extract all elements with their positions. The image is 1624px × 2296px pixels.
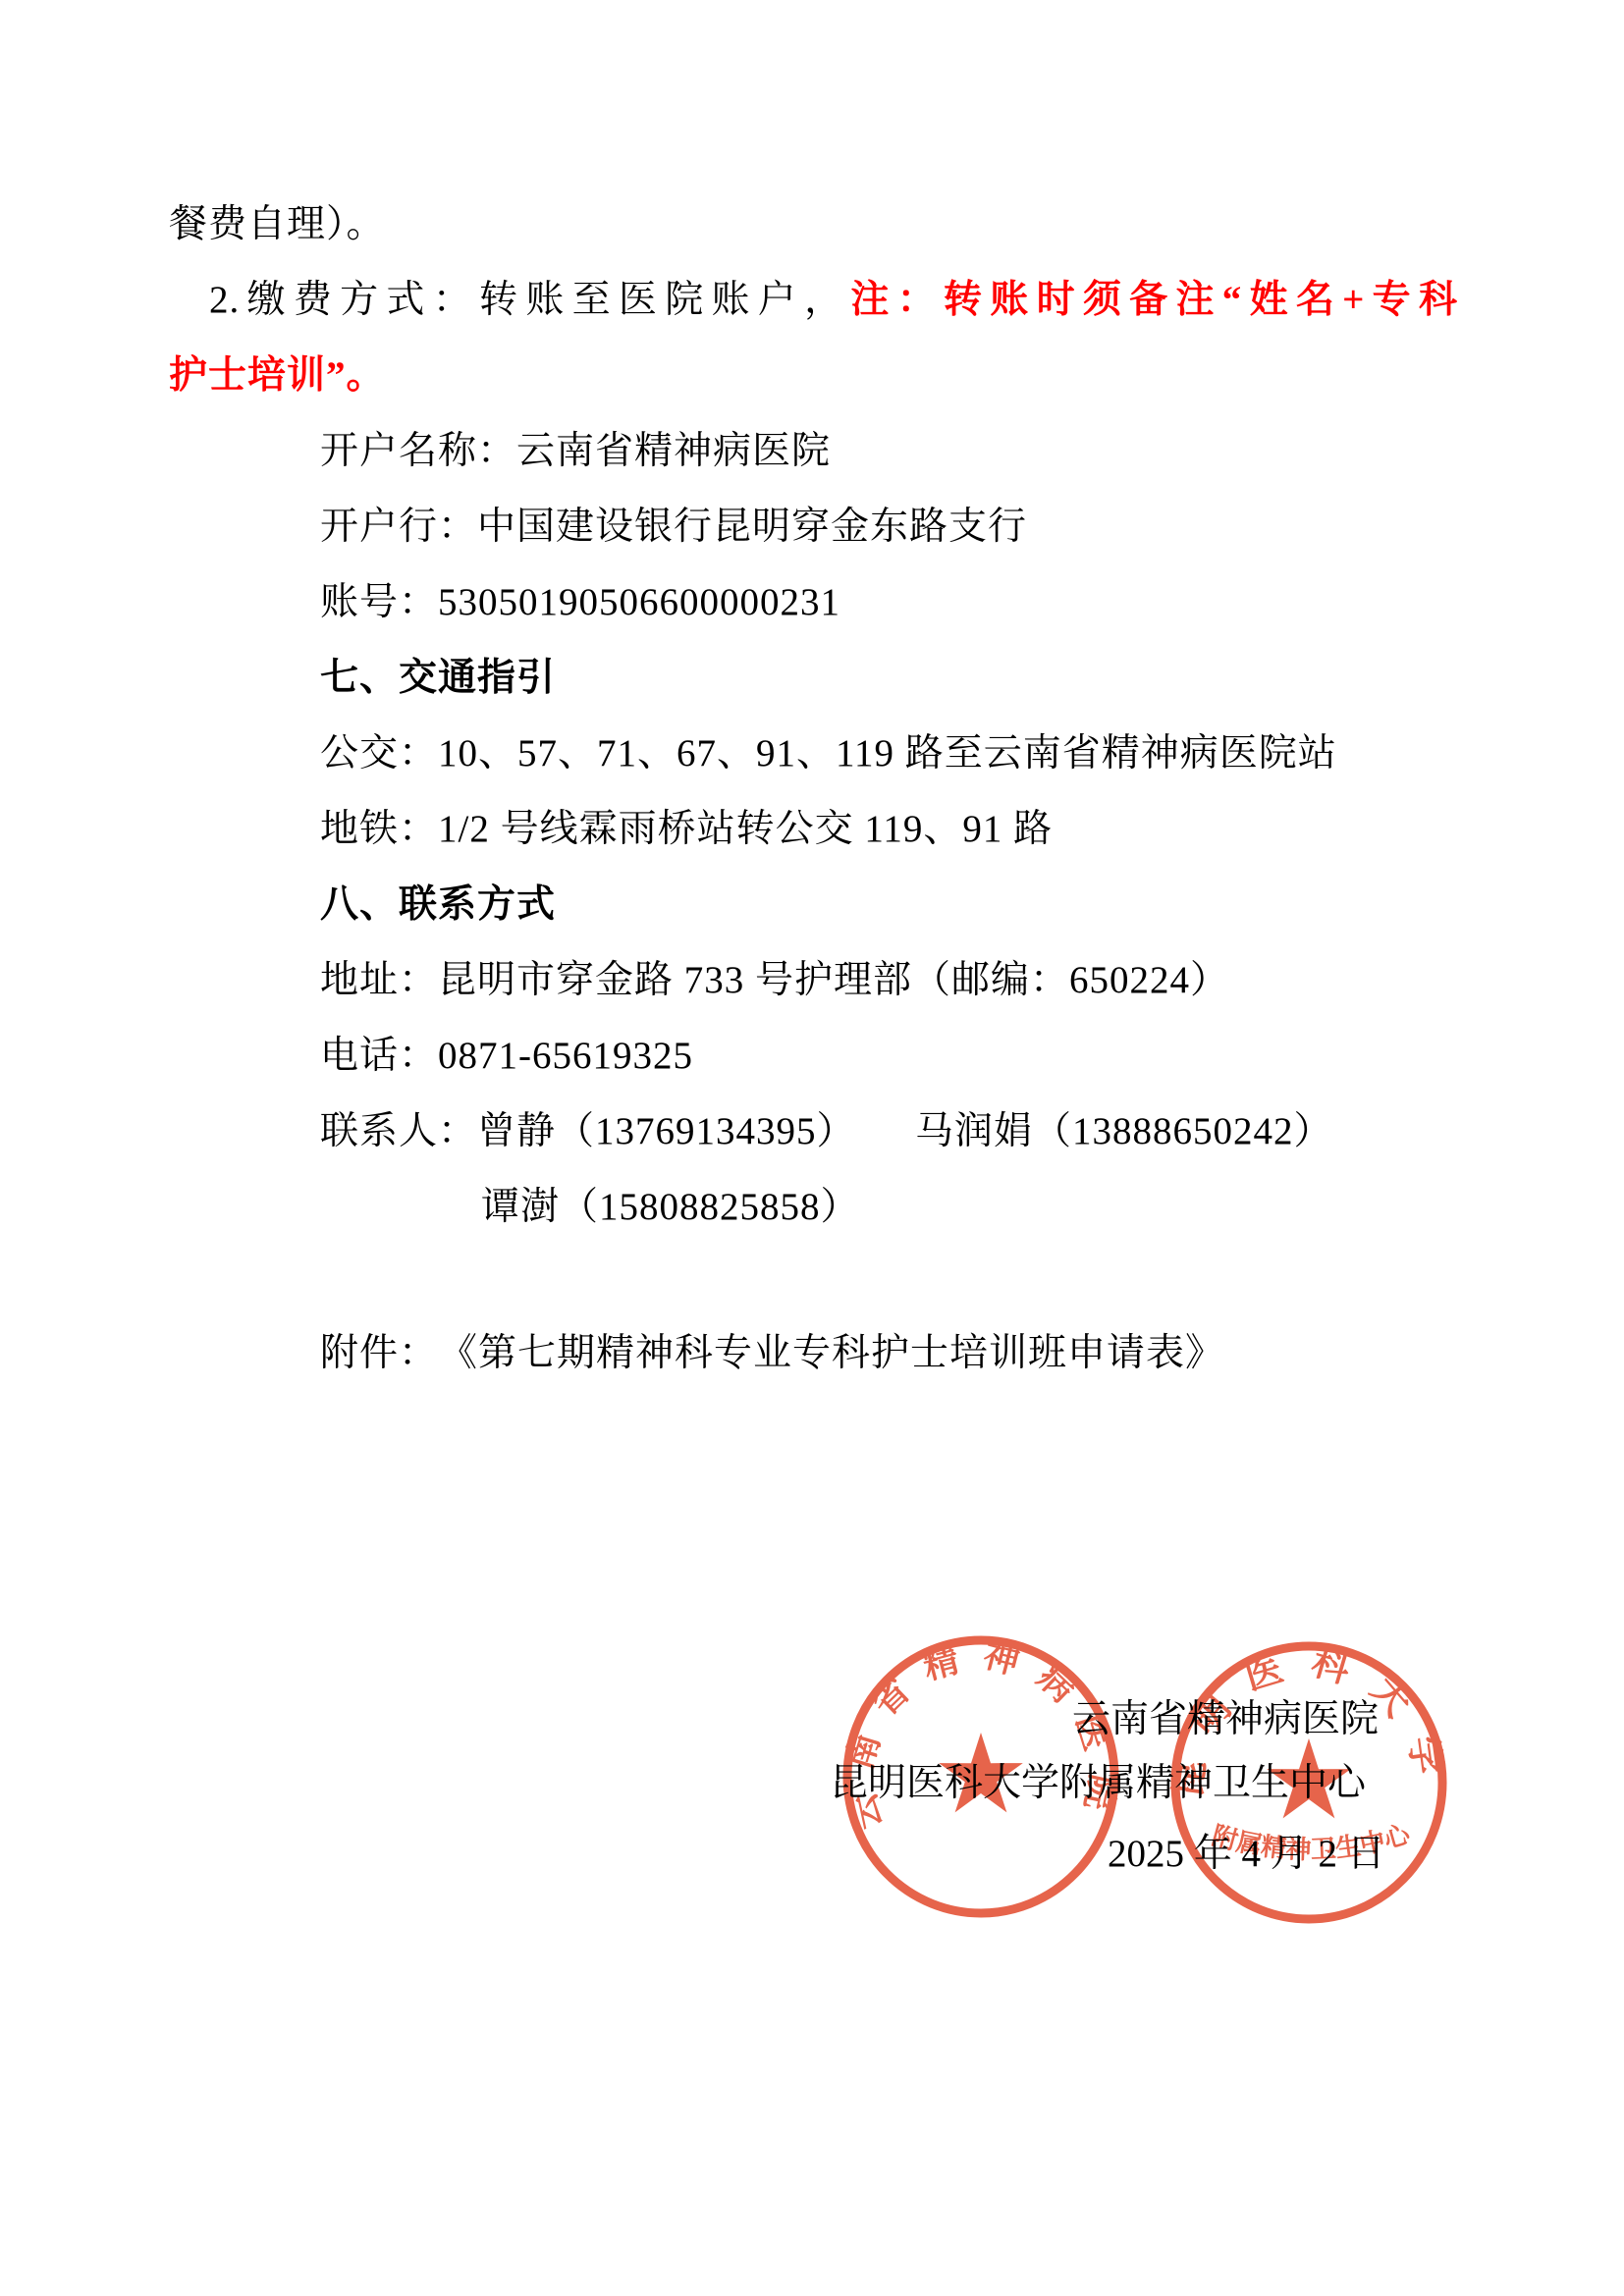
signature-date-line: 2025 年 4 月 2 日 (1108, 1831, 1385, 1878)
bus-route-line: 公交：10、57、71、67、91、119 路至云南省精神病医院站 (320, 730, 1337, 777)
contact-extra-line: 谭澍（15808825858） (481, 1184, 860, 1231)
payment-note-continuation: 护士培训”。 (169, 352, 386, 400)
meal-fee-line: 餐费自理）。 (169, 201, 386, 248)
transport-section-title: 七、交通指引 (320, 655, 556, 702)
payment-note-red-text: 注：转账时须备注“姓名+专科 (850, 279, 1458, 321)
account-name-line: 开户名称：云南省精神病医院 (320, 428, 831, 475)
account-number-line: 账号：53050190506600000231 (320, 579, 840, 626)
contacts-line: 联系人：曾静（13769134395） 马润娟（13888650242） (320, 1108, 1333, 1155)
signature-org-line-2: 昆明医科大学附属精神卫生中心 (830, 1760, 1366, 1807)
phone-line: 电话：0871-65619325 (320, 1033, 693, 1080)
payment-method-line: 2.缴费方式：转账至医院账户，注：转账时须备注“姓名+专科 (209, 277, 1458, 324)
attachment-line: 附件： 《第七期精神科专业专科护士培训班申请表》 (320, 1330, 1224, 1377)
address-line: 地址：昆明市穿金路 733 号护理部（邮编：650224） (320, 957, 1229, 1004)
document-page: 餐费自理）。 2.缴费方式：转账至医院账户，注：转账时须备注“姓名+专科 护士培… (0, 0, 1624, 2296)
payment-method-text: 2.缴费方式：转账至医院账户， (209, 279, 850, 321)
bank-branch-line: 开户行：中国建设银行昆明穿金东路支行 (320, 504, 1027, 551)
signature-org-line-1: 云南省精神病医院 (1072, 1696, 1379, 1743)
contact-section-title: 八、联系方式 (320, 881, 556, 929)
metro-route-line: 地铁：1/2 号线霖雨桥站转公交 119、91 路 (320, 806, 1053, 853)
